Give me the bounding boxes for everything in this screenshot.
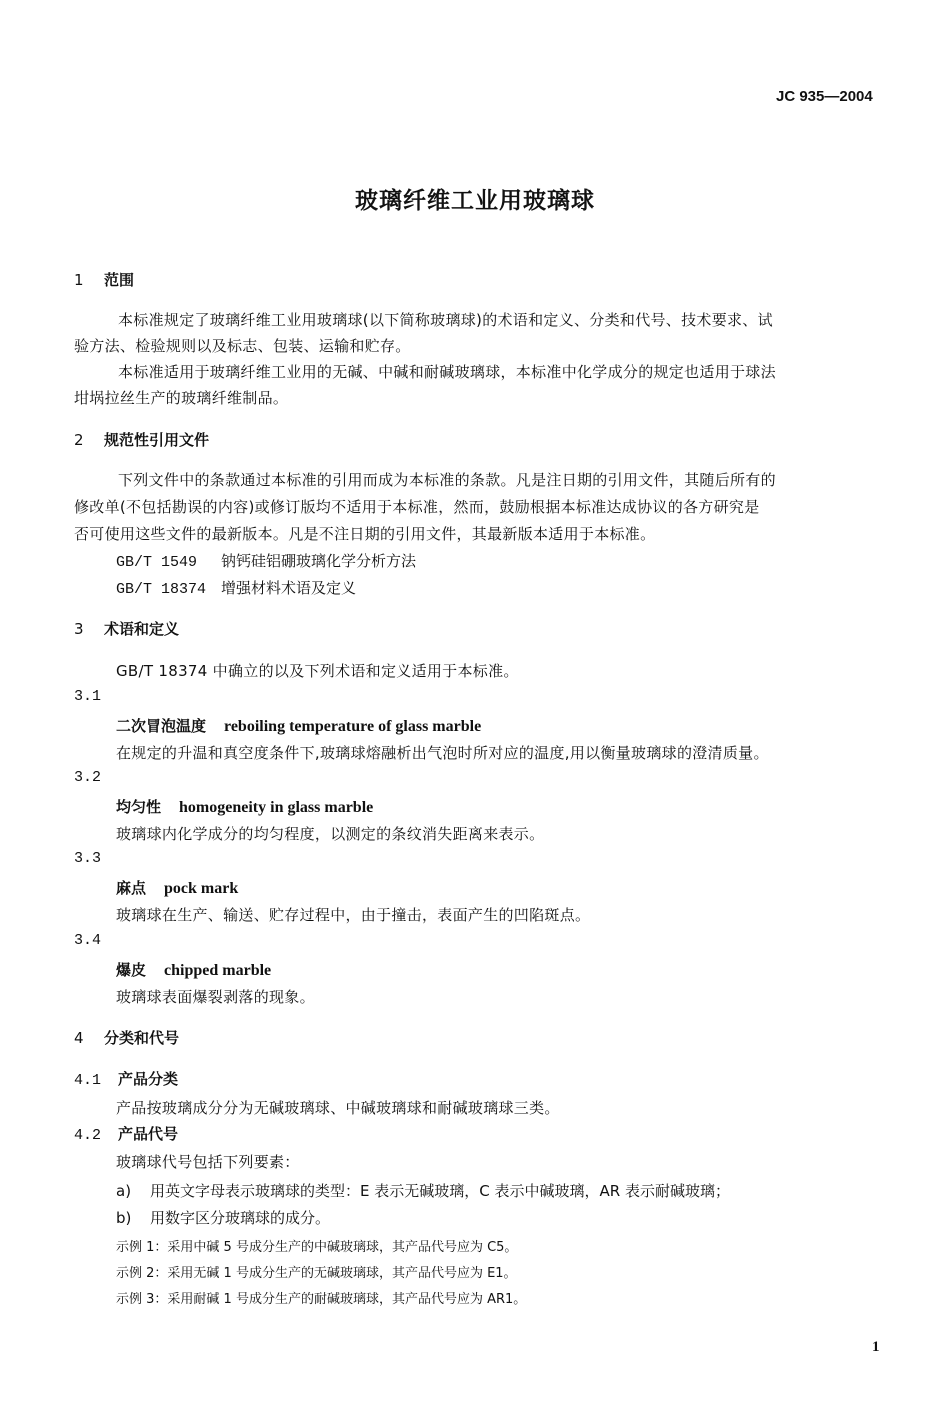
document-title: 玻璃纤维工业用玻璃球	[0, 182, 950, 215]
section-title: 规范性引用文件	[104, 431, 209, 449]
term-definition: 玻璃球内化学成分的均匀程度，以测定的条纹消失距离来表示。	[116, 823, 544, 844]
clause-number: 3.2	[74, 769, 101, 786]
section-3-heading: 3术语和定义	[74, 618, 179, 639]
clause-number: 3.3	[74, 850, 101, 867]
paragraph: 验方法、检验规则以及标志、包装、运输和贮存。	[74, 335, 411, 356]
term-heading: 爆皮chipped marble	[116, 959, 271, 980]
term-en: reboiling temperature of glass marble	[224, 718, 481, 735]
term-en: chipped marble	[164, 962, 271, 979]
term-definition: 在规定的升温和真空度条件下,玻璃球熔融析出气泡时所对应的温度,用以衡量玻璃球的澄…	[116, 742, 769, 763]
reference-title: 钠钙硅铝硼玻璃化学分析方法	[221, 554, 416, 571]
subsection-4-1-heading: 4.1产品分类	[74, 1068, 178, 1089]
paragraph: 坩埚拉丝生产的玻璃纤维制品。	[74, 387, 288, 408]
paragraph: 本标准适用于玻璃纤维工业用的无碱、中碱和耐碱玻璃球，本标准中化学成分的规定也适用…	[118, 361, 776, 382]
term-definition: 玻璃球表面爆裂剥落的现象。	[116, 986, 315, 1007]
paragraph: 产品按玻璃成分分为无碱玻璃球、中碱玻璃球和耐碱玻璃球三类。	[116, 1097, 560, 1118]
section-number: 2	[74, 431, 104, 449]
term-heading: 二次冒泡温度reboiling temperature of glass mar…	[116, 715, 481, 736]
section-number: 3	[74, 620, 104, 638]
example-note: 示例 2：采用无碱 1 号成分生产的无碱玻璃球，其产品代号应为 E1。	[116, 1262, 517, 1281]
term-heading: 均匀性homogeneity in glass marble	[116, 796, 373, 817]
reference-code: GB/T 18374	[116, 581, 221, 598]
section-1-heading: 1范围	[74, 269, 134, 290]
example-note: 示例 3：采用耐碱 1 号成分生产的耐碱玻璃球，其产品代号应为 AR1。	[116, 1288, 526, 1307]
list-item: a)用英文字母表示玻璃球的类型：E 表示无碱玻璃，C 表示中碱玻璃，AR 表示耐…	[116, 1180, 730, 1201]
list-text: 用英文字母表示玻璃球的类型：E 表示无碱玻璃，C 表示中碱玻璃，AR 表示耐碱玻…	[150, 1182, 730, 1200]
paragraph: 修改单(不包括勘误的内容)或修订版均不适用于本标准，然而，鼓励根据本标准达成协议…	[74, 496, 760, 517]
term-zh: 麻点	[116, 879, 146, 897]
term-en: pock mark	[164, 880, 238, 897]
paragraph: 玻璃球代号包括下列要素：	[116, 1151, 300, 1172]
term-definition: 玻璃球在生产、输送、贮存过程中，由于撞击，表面产生的凹陷斑点。	[116, 904, 590, 925]
list-item: b)用数字区分玻璃球的成分。	[116, 1207, 330, 1228]
reference-title: 增强材料术语及定义	[221, 581, 356, 598]
clause-number: 3.4	[74, 932, 101, 949]
reference-item: GB/T 18374增强材料术语及定义	[116, 577, 356, 598]
section-title: 范围	[104, 271, 134, 289]
paragraph: 本标准规定了玻璃纤维工业用玻璃球(以下简称玻璃球)的术语和定义、分类和代号、技术…	[118, 309, 773, 330]
paragraph: 否可使用这些文件的最新版本。凡是不注日期的引用文件，其最新版本适用于本标准。	[74, 523, 655, 544]
subsection-title: 产品分类	[118, 1070, 178, 1088]
subsection-4-2-heading: 4.2产品代号	[74, 1123, 178, 1144]
section-4-heading: 4分类和代号	[74, 1027, 179, 1048]
page-number: 1	[872, 1339, 880, 1356]
term-zh: 均匀性	[116, 798, 161, 816]
list-marker: b)	[116, 1209, 150, 1227]
subsection-number: 4.2	[74, 1127, 118, 1144]
paragraph: 下列文件中的条款通过本标准的引用而成为本标准的条款。凡是注日期的引用文件，其随后…	[118, 469, 776, 490]
paragraph: GB/T 18374 中确立的以及下列术语和定义适用于本标准。	[116, 660, 519, 681]
section-title: 术语和定义	[104, 620, 179, 638]
section-number: 1	[74, 271, 104, 289]
section-2-heading: 2规范性引用文件	[74, 429, 209, 450]
list-text: 用数字区分玻璃球的成分。	[150, 1209, 330, 1227]
term-heading: 麻点pock mark	[116, 877, 238, 898]
list-marker: a)	[116, 1182, 150, 1200]
reference-code: GB/T 1549	[116, 554, 221, 571]
term-zh: 二次冒泡温度	[116, 717, 206, 735]
subsection-number: 4.1	[74, 1072, 118, 1089]
term-zh: 爆皮	[116, 961, 146, 979]
reference-item: GB/T 1549钠钙硅铝硼玻璃化学分析方法	[116, 550, 416, 571]
term-en: homogeneity in glass marble	[179, 799, 373, 816]
standard-number: JC 935—2004	[776, 88, 873, 105]
section-title: 分类和代号	[104, 1029, 179, 1047]
section-number: 4	[74, 1029, 104, 1047]
example-note: 示例 1：采用中碱 5 号成分生产的中碱玻璃球，其产品代号应为 C5。	[116, 1236, 517, 1255]
clause-number: 3.1	[74, 688, 101, 705]
subsection-title: 产品代号	[118, 1125, 178, 1143]
